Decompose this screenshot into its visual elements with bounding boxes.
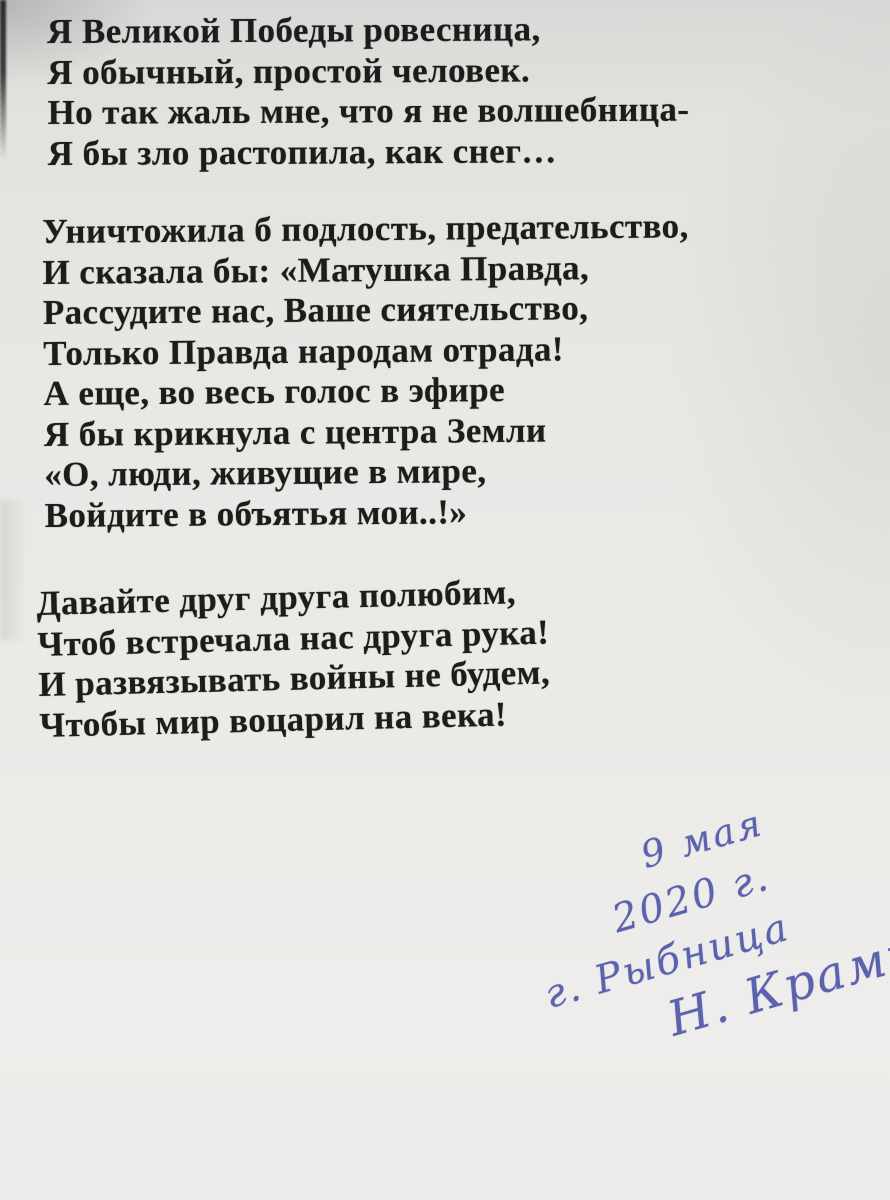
poem-line: Уничтожила б подлость, предательство,: [42, 206, 689, 252]
poem-line: Только Правда народам отрада!: [43, 328, 690, 374]
poem-line: А еще, во весь голос в эфире: [43, 368, 690, 414]
poem-line: Я обычный, простой человек.: [47, 49, 689, 93]
stanza-1: Я Великой Победы ровесница, Я обычный, п…: [47, 9, 690, 174]
stanza-3: Давайте друг друга полюбим, Чтоб встреча…: [36, 571, 552, 745]
paper-crease-shadow: [0, 500, 26, 640]
poem-line: И сказала бы: «Матушка Правда,: [42, 247, 689, 293]
stanza-2: Уничтожила б подлость, предательство, И …: [42, 206, 691, 536]
poem-line: Но так жаль мне, что я не волшебница-: [47, 90, 689, 134]
poem-line: Я бы зло растопила, как снег…: [48, 130, 690, 174]
photo-edge-shadow: [0, 0, 6, 160]
poem-line: Войдите в объятья мои..!»: [44, 490, 691, 536]
poem-line: Я Великой Победы ровесница,: [47, 9, 689, 53]
poem-line: Я бы крикнула с центра Земли: [44, 409, 691, 455]
handwritten-note: 9 мая 2020 г. г. Рыбница Н. Крамч: [505, 725, 890, 1082]
poem-line: Рассудите нас, Ваше сиятельство,: [43, 287, 690, 333]
poem-line: «О, люди, живущие в мире,: [44, 449, 691, 495]
poem-page-photo: Я Великой Победы ровесница, Я обычный, п…: [0, 0, 890, 1200]
